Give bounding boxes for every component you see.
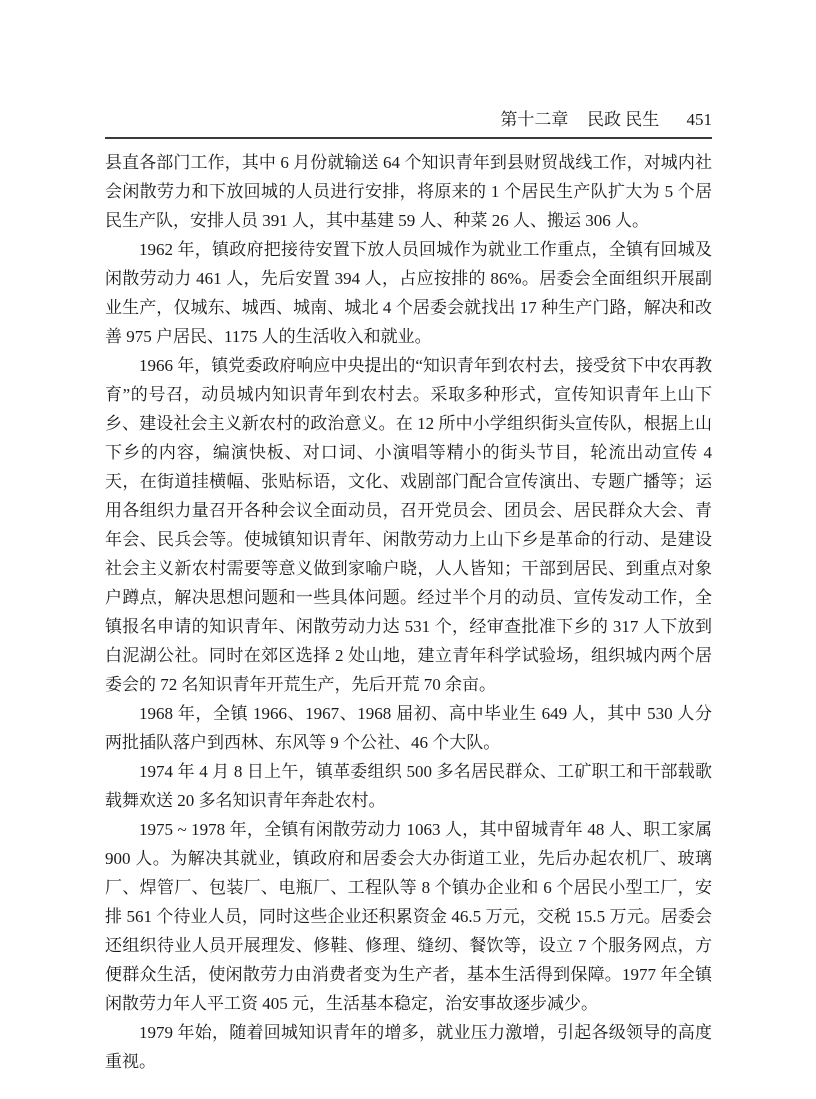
page-number: 451 [687, 110, 713, 129]
paragraph-1966: 1966 年，镇党委政府响应中央提出的“知识青年到农村去，接受贫下中农再教育”的… [105, 351, 712, 699]
chapter-title: 第十二章 [500, 110, 568, 129]
paragraph-1974: 1974 年 4 月 8 日上午，镇革委组织 500 多名居民群众、工矿职工和干… [105, 757, 712, 815]
paragraph-1962: 1962 年，镇政府把接待安置下放人员回城作为就业工作重点，全镇有回城及闲散劳动… [105, 235, 712, 351]
paragraph-1979: 1979 年始，随着回城知识青年的增多，就业压力激增，引起各级领导的高度重视。 [105, 1018, 712, 1076]
document-page: 第十二章民政 民生451 县直各部门工作，其中 6 月份就输送 64 个知识青年… [0, 0, 816, 1099]
paragraph-1975-1978: 1975 ~ 1978 年，全镇有闲散劳动力 1063 人，其中留城青年 48 … [105, 815, 712, 1018]
section-title: 民政 民生 [587, 110, 659, 129]
body-text: 县直各部门工作，其中 6 月份就输送 64 个知识青年到县财贸战线工作，对城内社… [105, 148, 712, 1076]
paragraph-continuation: 县直各部门工作，其中 6 月份就输送 64 个知识青年到县财贸战线工作，对城内社… [105, 148, 712, 235]
paragraph-1968: 1968 年，全镇 1966、1967、1968 届初、高中毕业生 649 人，… [105, 699, 712, 757]
running-header: 第十二章民政 民生451 [105, 110, 712, 139]
